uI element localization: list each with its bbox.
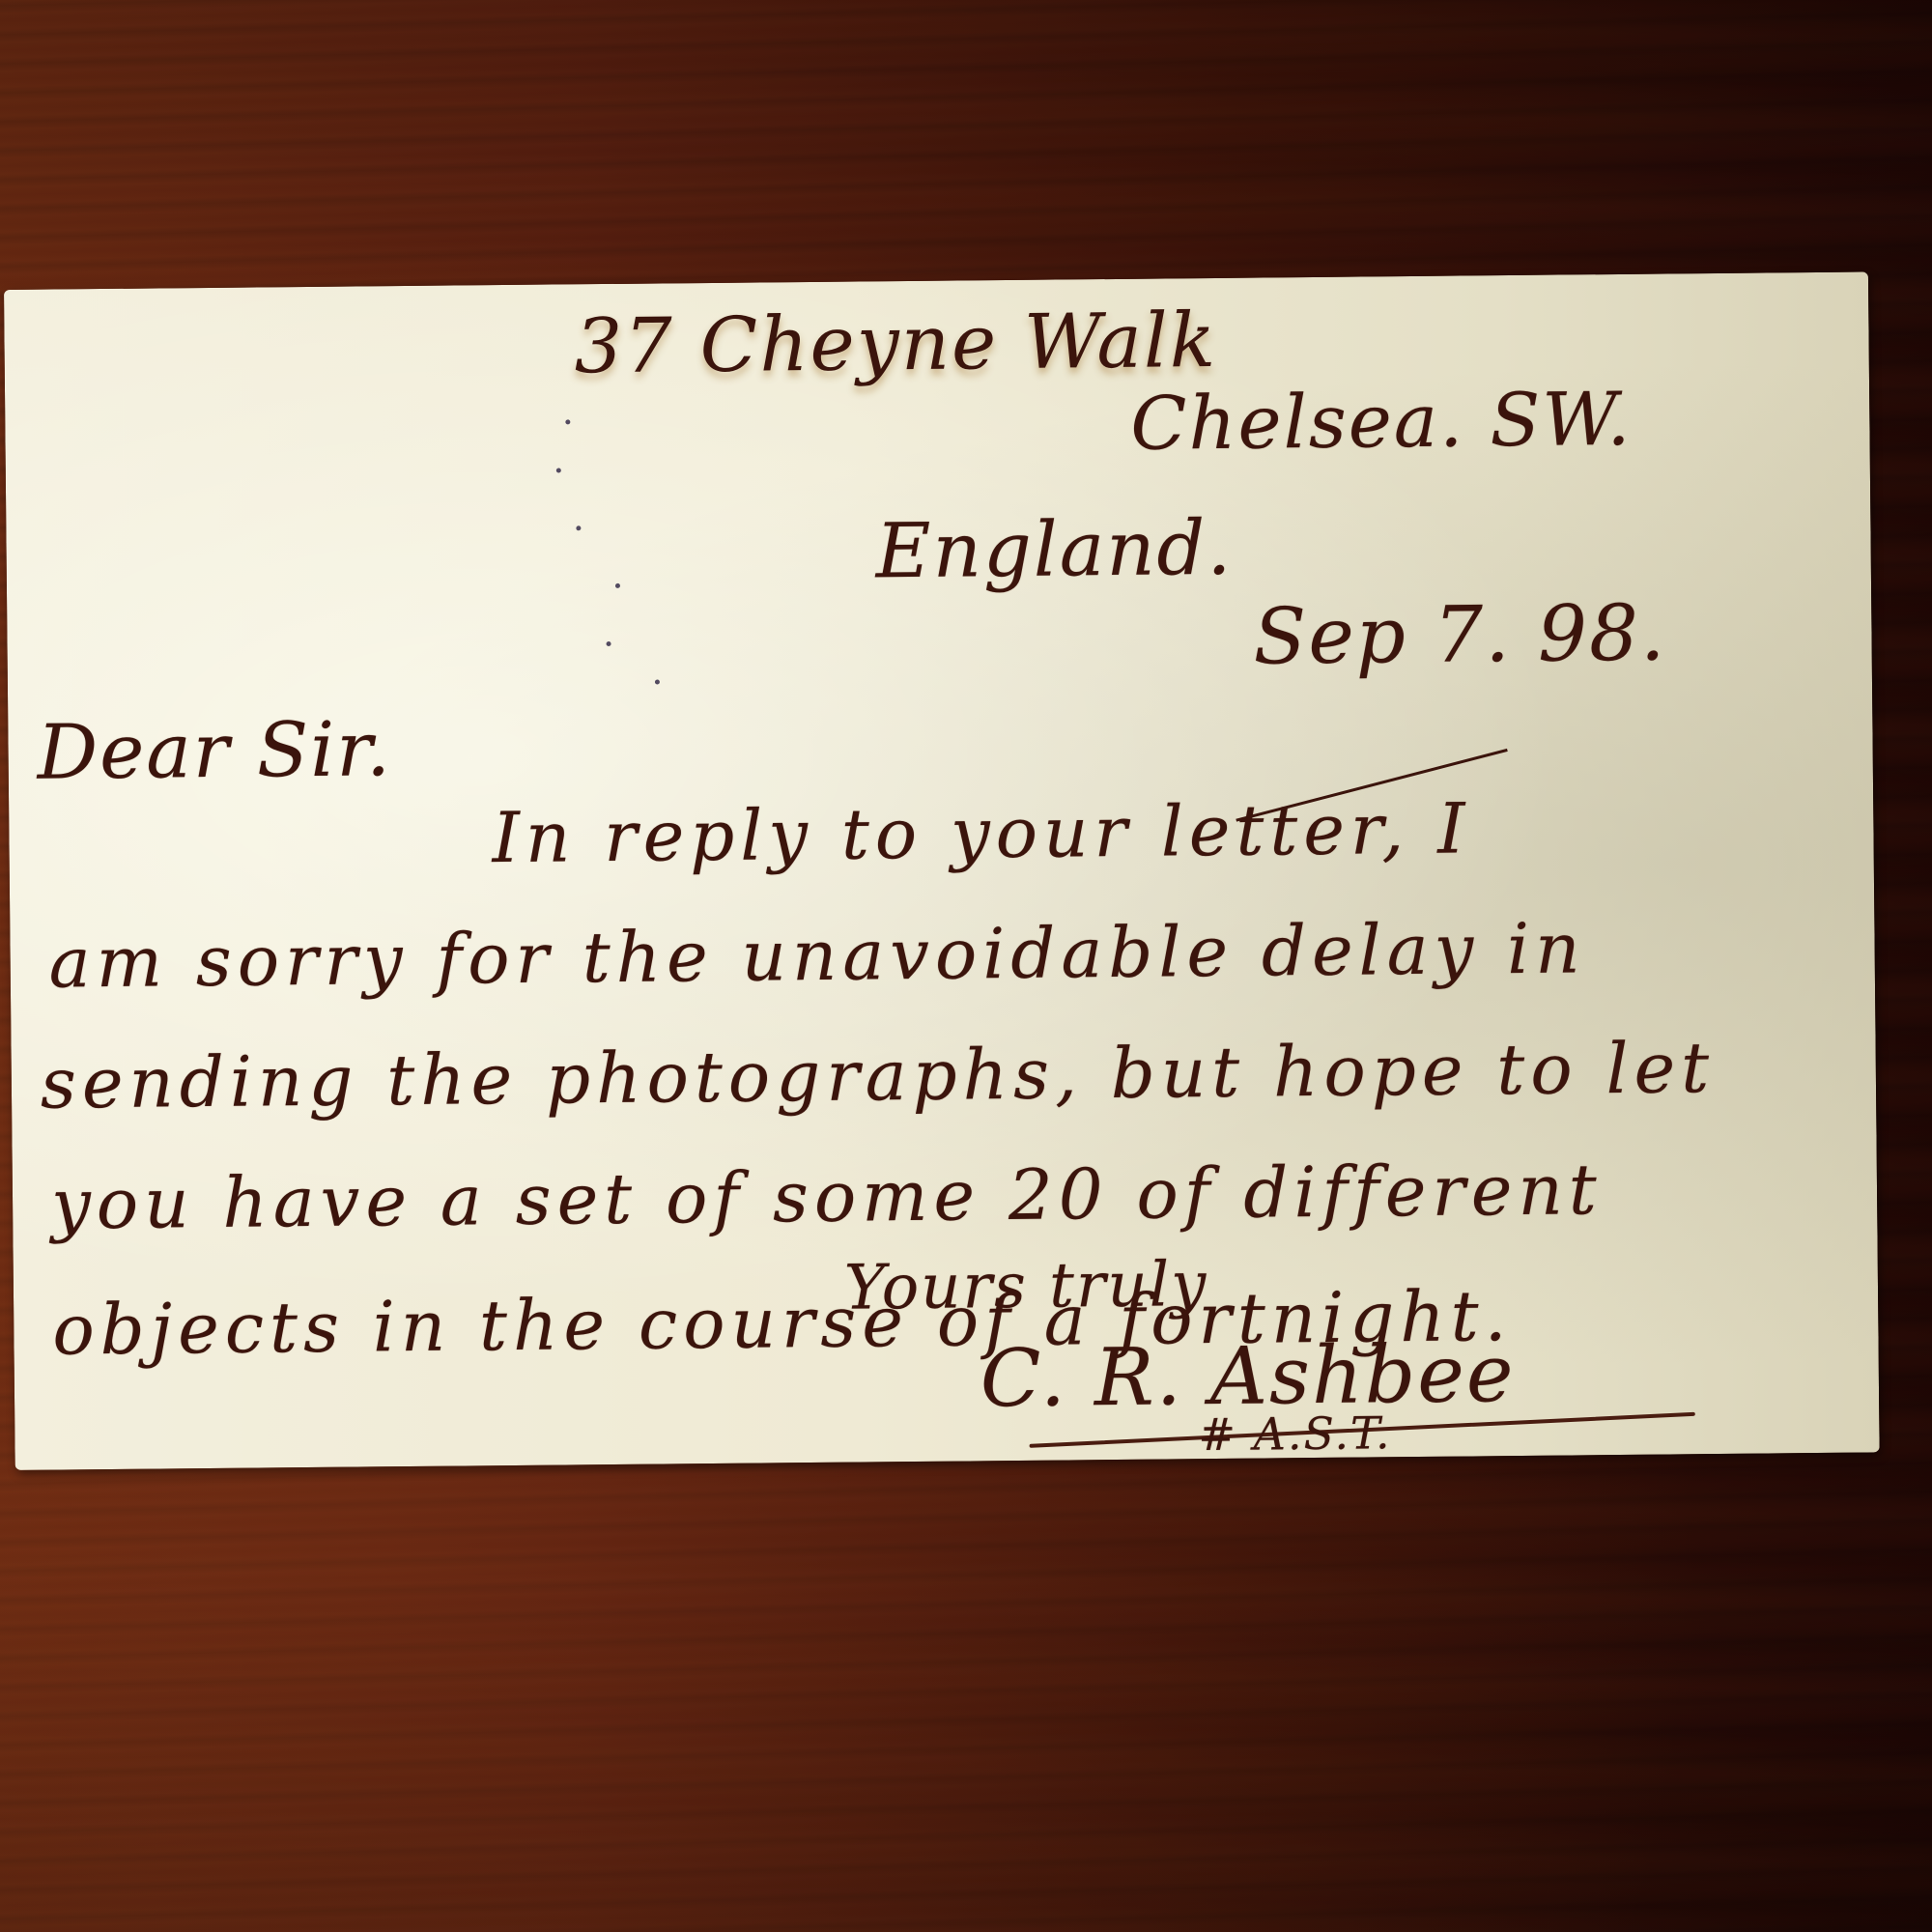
address-line-3: England. xyxy=(875,505,1233,596)
body-line-1: In reply to your letter, I xyxy=(492,787,1471,878)
closing: Yours truly xyxy=(844,1249,1208,1324)
address-line-1: 37 Cheyne Walk xyxy=(574,298,1217,390)
initials: # A.S.T. xyxy=(1198,1406,1392,1461)
body-line-3: sending the photographs, but hope to let xyxy=(40,1027,1715,1124)
body-line-4: you have a set of some 20 of different xyxy=(51,1149,1603,1244)
salutation: Dear Sir. xyxy=(37,706,392,797)
letter-date: Sep 7. 98. xyxy=(1253,587,1667,681)
postcard: 37 Cheyne Walk Chelsea. SW. England. Sep… xyxy=(4,271,1880,1469)
address-line-2: Chelsea. SW. xyxy=(1130,376,1633,467)
body-line-2: am sorry for the unavoidable delay in xyxy=(48,907,1586,1003)
ink-specks xyxy=(546,389,684,738)
